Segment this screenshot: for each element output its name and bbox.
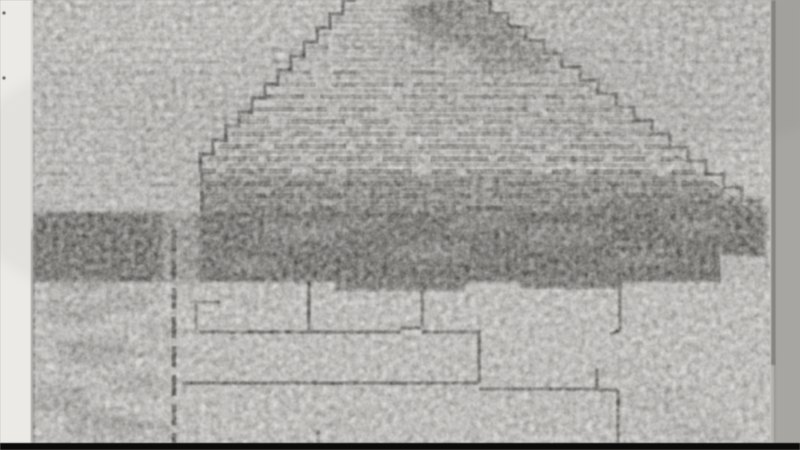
- film-grain-light: [33, 0, 770, 443]
- page-edge-line-faded: [771, 360, 776, 443]
- video-frame: [0, 0, 800, 450]
- letterbox-bottom-bar: [0, 443, 800, 450]
- engraving-illustration: [0, 0, 800, 450]
- margin-speck: [2, 11, 5, 14]
- margin-speck: [2, 76, 5, 79]
